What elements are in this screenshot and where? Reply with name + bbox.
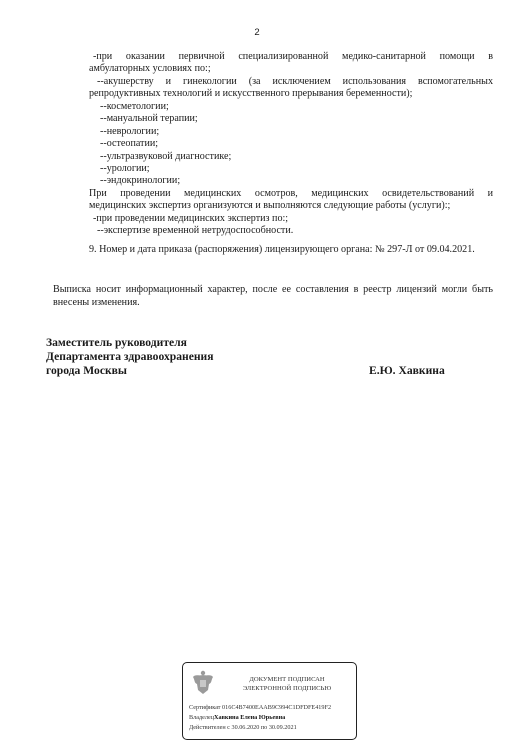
coat-of-arms-icon (192, 670, 214, 696)
certificate-label: Сертификат (189, 704, 221, 711)
body-line: медицинских экспертиз организуются и вып… (89, 200, 493, 212)
owner-label: Владелец (189, 714, 214, 721)
body-line: При проведении медицинских осмотров, мед… (89, 188, 493, 200)
signer-position-line-1: Заместитель руководителя (46, 336, 213, 350)
disclaimer-note: Выписка носит информационный характер, п… (53, 283, 493, 309)
stamp-title: ДОКУМЕНТ ПОДПИСАН ЭЛЕКТРОННОЙ ПОДПИСЬЮ (221, 675, 353, 693)
license-body: -при оказании первичной специализированн… (89, 51, 493, 256)
body-line: -при проведении медицинских экспертиз по… (89, 213, 493, 225)
stamp-title-line-2: ЭЛЕКТРОННОЙ ПОДПИСЬЮ (221, 684, 353, 693)
electronic-signature-stamp: ДОКУМЕНТ ПОДПИСАН ЭЛЕКТРОННОЙ ПОДПИСЬЮ С… (182, 662, 357, 740)
signer-position-line-3: города Москвы (46, 364, 213, 378)
body-line: --косметологии; (89, 101, 493, 113)
license-order-item: 9. Номер и дата приказа (распоряжения) л… (89, 244, 493, 256)
page-number: 2 (0, 27, 514, 38)
disclaimer-line-1: Выписка носит информационный характер, п… (53, 283, 493, 296)
signer-position: Заместитель руководителя Департамента зд… (46, 336, 213, 379)
body-line: --мануальной терапии; (89, 113, 493, 125)
stamp-info: Сертификат 016C4B7400EAAB9C994C1DFDFE419… (189, 703, 331, 733)
stamp-owner: ВладелецХавкина Елена Юрьевна (189, 713, 331, 723)
body-line: амбулаторных условиях по:; (89, 63, 493, 75)
body-line: --остеопатии; (89, 138, 493, 150)
body-line: --урологии; (89, 163, 493, 175)
body-line: -при оказании первичной специализированн… (89, 51, 493, 63)
signer-name: Е.Ю. Хавкина (369, 364, 445, 378)
disclaimer-line-2: внесены изменения. (53, 296, 493, 309)
body-line: --акушерству и гинекологии (за исключени… (89, 76, 493, 88)
body-line: --ультразвуковой диагностике; (89, 151, 493, 163)
body-line: репродуктивных технологий и искусственно… (89, 88, 493, 100)
body-line: --неврологии; (89, 126, 493, 138)
stamp-title-line-1: ДОКУМЕНТ ПОДПИСАН (221, 675, 353, 684)
body-line: --экспертизе временной нетрудоспособност… (89, 225, 493, 237)
certificate-value: 016C4B7400EAAB9C994C1DFDFE419F2 (222, 704, 331, 711)
owner-value: Хавкина Елена Юрьевна (214, 714, 285, 721)
body-line: --эндокринологии; (89, 175, 493, 187)
stamp-validity: Действителен с 30.06.2020 по 30.09.2021 (189, 723, 331, 733)
stamp-certificate: Сертификат 016C4B7400EAAB9C994C1DFDFE419… (189, 703, 331, 713)
signer-position-line-2: Департамента здравоохранения (46, 350, 213, 364)
